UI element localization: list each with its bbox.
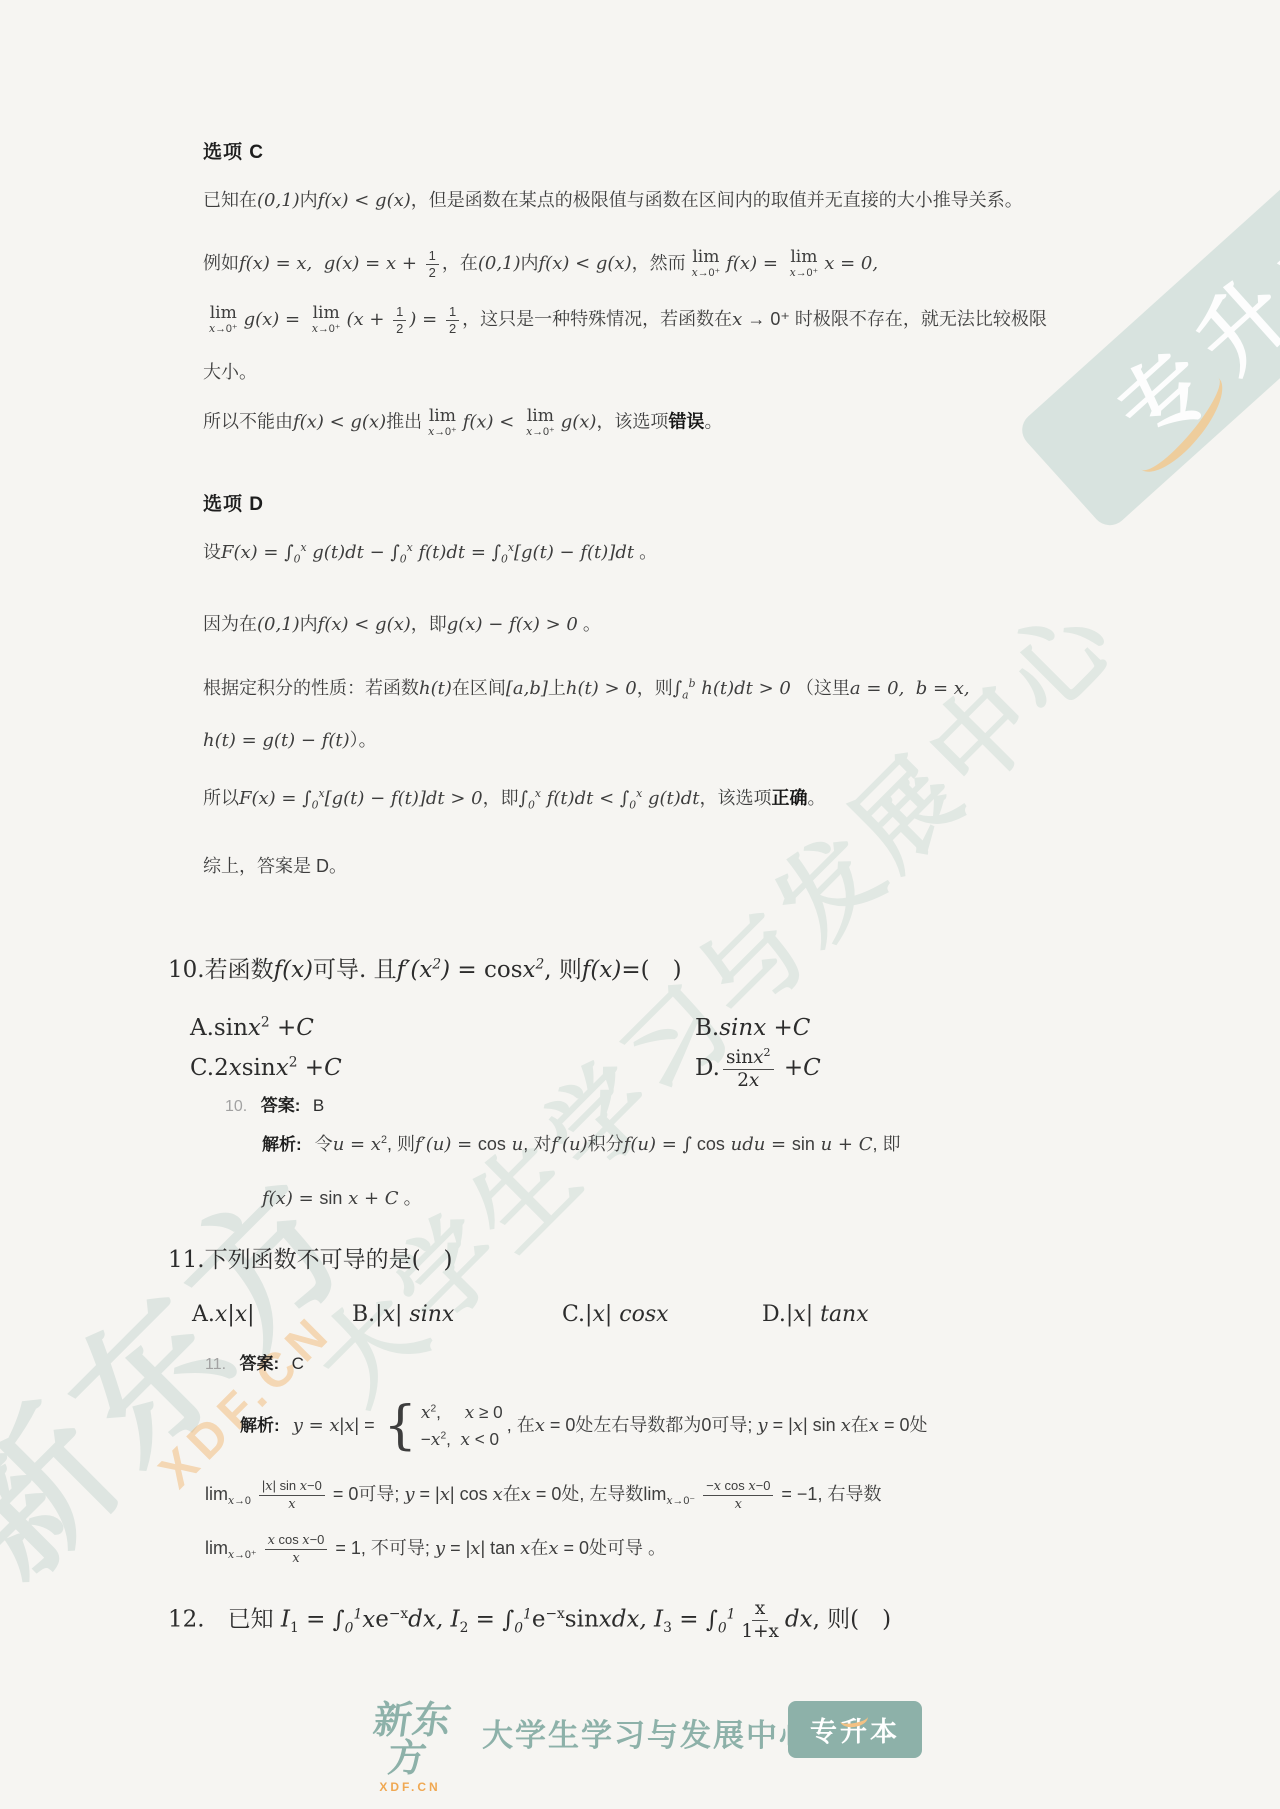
question-10-option-b: B.sinx +C: [695, 1012, 810, 1044]
question-11-analysis-line1: 解析: y = x|x| = {x2, x ≥ 0−x2, x < 0, 在x …: [240, 1400, 927, 1453]
question-11-answer-line: 11. 答案: C: [205, 1352, 304, 1376]
option-d-property-1: 根据定积分的性质：若函数h(t)在区间[a,b]上h(t) > 0，则∫ab h…: [203, 676, 970, 703]
question-10-answer-line: 10. 答案: B: [225, 1094, 324, 1118]
question-11-text: 11.下列函数不可导的是( ): [168, 1244, 453, 1276]
option-d-summary: 综上，答案是 D。: [203, 854, 347, 879]
footer-center-title: 大学生学习与发展中心: [482, 1710, 812, 1755]
watermark-badge-text: 专升本: [1086, 162, 1280, 467]
answer-number: 10.: [225, 1098, 247, 1115]
option-c-tail: 大小。: [203, 360, 257, 385]
analysis-text: y = x|x| = {x2, x ≥ 0−x2, x < 0, 在x = 0处…: [293, 1415, 928, 1435]
option-c-intro: 已知在(0,1)内f(x) < g(x)，但是函数在某点的极限值与函数在区间内的…: [203, 188, 1023, 213]
footer: 新东方 XDF.CN 大学生学习与发展中心 专升本: [0, 1698, 1280, 1773]
question-12-text: 12. 已知 I1 = ∫01xe−xdx, I2 = ∫01e−xsinxdx…: [168, 1598, 891, 1643]
xdf-logo: 新东方: [347, 1702, 474, 1778]
question-11-analysis-line3: limx→0⁺ x cos x−0x = 1, 不可导; y = |x| tan…: [205, 1532, 666, 1566]
document-page: 专升本 大学生学习与发展中心 新东方 XDF.CN 选项 C 已知在(0,1)内…: [0, 0, 1280, 1809]
question-11-option-a: A.x|x|: [192, 1300, 255, 1331]
watermark-swoosh-icon: [1123, 362, 1236, 484]
question-11-option-c: C.|x| cosx: [562, 1300, 669, 1331]
option-d-therefore: 所以F(x) = ∫0x[g(t) − f(t)]dt > 0，即∫0x f(t…: [203, 786, 826, 813]
option-d-heading: 选项 D: [203, 492, 264, 519]
question-11-analysis-line2: limx→0 |x| sin x−0x = 0可导; y = |x| cos x…: [205, 1478, 881, 1512]
question-10-text: 10.若函数f(x)可导. 且f′(x2) = cosx2, 则f(x)=( ): [168, 954, 682, 986]
analysis-label: 解析:: [262, 1135, 302, 1154]
option-c-heading: 选项 C: [203, 140, 264, 167]
question-11-option-d: D.|x| tanx: [762, 1300, 869, 1331]
option-d-property-2: h(t) = g(t) − f(t)）。: [203, 728, 377, 753]
question-10-option-c: C.2xsinx2 +C: [190, 1052, 342, 1084]
footer-badge: 专升本: [788, 1701, 922, 1758]
answer-value: B: [313, 1096, 324, 1115]
question-10-analysis-line1: 解析: 令u = x2, 则f′(u) = cos u, 对f′(u)积分f(u…: [262, 1132, 901, 1157]
answer-label: 答案:: [240, 1354, 280, 1373]
watermark-corner-badge: 专升本: [1015, 107, 1280, 532]
answer-number: 11.: [205, 1356, 226, 1373]
option-d-setup: 设F(x) = ∫0x g(t)dt − ∫0x f(t)dt = ∫0x[g(…: [203, 540, 657, 567]
option-c-example: 例如f(x) = x, g(x) = x + 12，在(0,1)内f(x) < …: [203, 248, 878, 280]
answer-value: C: [292, 1354, 304, 1373]
option-d-because: 因为在(0,1)内f(x) < g(x)，即g(x) − f(x) > 0 。: [203, 612, 601, 637]
footer-logo: 新东方 XDF.CN: [352, 1702, 468, 1793]
option-c-limits: limx→0⁺g(x) = limx→0⁺(x + 12) = 12，这只是一种…: [203, 304, 1047, 336]
question-11-option-b: B.|x| sinx: [352, 1300, 454, 1331]
question-10-analysis-line2: f(x) = sin x + C 。: [262, 1186, 422, 1211]
question-10-option-a: A.sinx2 +C: [190, 1012, 314, 1044]
analysis-text: 令u = x2, 则f′(u) = cos u, 对f′(u)积分f(u) = …: [315, 1134, 901, 1154]
answer-label: 答案:: [261, 1096, 301, 1115]
analysis-label: 解析:: [240, 1416, 280, 1435]
xdf-domain-label: XDF.CN: [352, 1781, 468, 1793]
option-c-conclusion: 所以不能由f(x) < g(x)推出limx→0⁺f(x) < limx→0⁺g…: [203, 408, 722, 438]
question-10-option-d: D.sinx22x +C: [695, 1046, 821, 1092]
